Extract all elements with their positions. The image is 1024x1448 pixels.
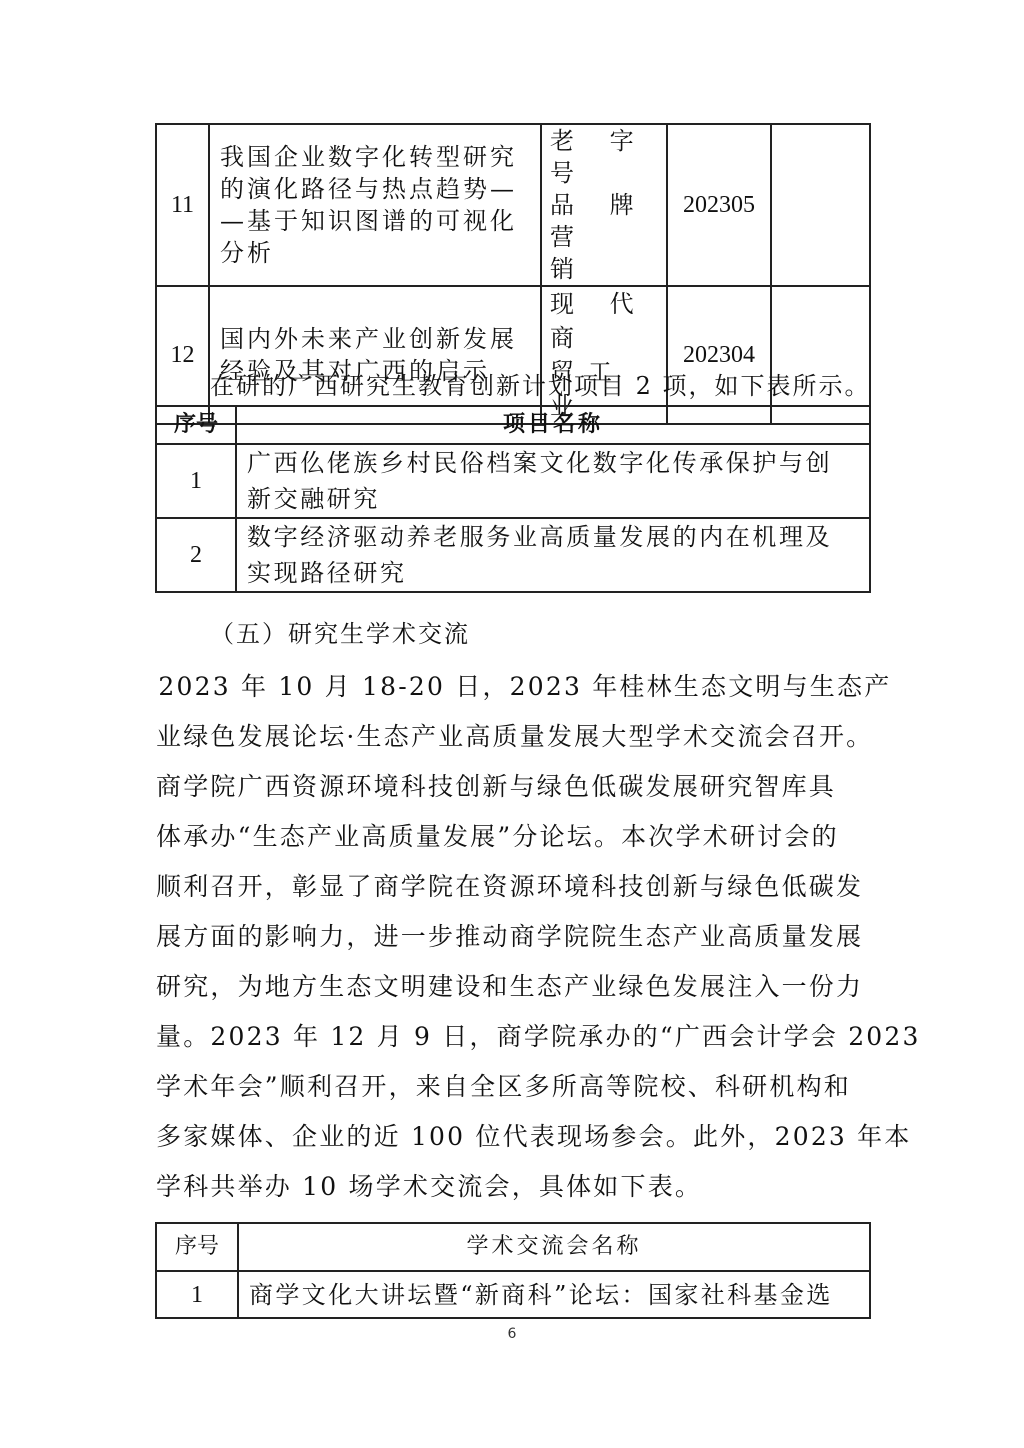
paragraph-line: 学术年会”顺利召开，来自全区多所高等院校、科研机构和 [156,1062,870,1112]
project-note [771,124,870,286]
body-paragraph: 2023 年 10 月 18-20 日，2023 年桂林生态文明与生态产 业绿色… [156,662,870,1212]
table-row: 11 我国企业数字化转型研究 的演化路径与热点趋势— —基于知识图谱的可视化 分… [156,124,870,286]
table-row: 1 广西仫佬族乡村民俗档案文化数字化传承保护与创 新交融研究 [156,444,870,518]
page-number: 6 [0,1326,1024,1342]
project-date: 202304 [667,286,771,424]
paragraph-line: 2023 年 10 月 18-20 日，2023 年桂林生态文明与生态产 [104,662,870,712]
project-name: 广西仫佬族乡村民俗档案文化数字化传承保护与创 新交融研究 [236,444,870,518]
row-number: 11 [156,124,209,286]
project-category: 老 字 号 品 牌 营 销 [541,124,667,286]
category-line: 品 牌 营 [550,189,658,253]
section-heading: （五）研究生学术交流 [210,614,470,649]
academic-exchange-table: 序号 学术交流会名称 1 商学文化大讲坛暨“新商科”论坛：国家社科基金选 [155,1222,871,1319]
project-name: 数字经济驱动养老服务业高质量发展的内在机理及 实现路径研究 [236,518,870,592]
header-no: 序号 [156,406,236,444]
paragraph-line: 研究，为地方生态文明建设和生态产业绿色发展注入一份力 [156,962,870,1012]
paragraph-line: 展方面的影响力，进一步推动商学院院生态产业高质量发展 [156,912,870,962]
header-exchange-name: 学术交流会名称 [238,1223,870,1271]
category-line: 现 代 商 [550,287,658,355]
title-line: 分析 [220,237,532,269]
row-number: 12 [156,286,209,424]
project-category: 现 代 商 贸工业 [541,286,667,424]
category-line: 老 字 号 [550,125,658,189]
project-note [771,286,870,424]
paragraph-line: 商学院广西资源环境科技创新与绿色低碳发展研究智库具 [156,762,870,812]
paragraph-line: 学科共举办 10 场学术交流会，具体如下表。 [156,1162,870,1212]
table-header-row: 序号 项目名称 [156,406,870,444]
paragraph-line: 业绿色发展论坛·生态产业高质量发展大型学术交流会召开。 [156,712,870,762]
project-title: 国内外未来产业创新发展 经验及其对广西的启示 [209,286,541,424]
header-no: 序号 [156,1223,238,1271]
table-row: 1 商学文化大讲坛暨“新商科”论坛：国家社科基金选 [156,1271,870,1318]
table-row: 12 国内外未来产业创新发展 经验及其对广西的启示 现 代 商 贸工业 2023… [156,286,870,424]
title-line: 我国企业数字化转型研究 [220,141,532,173]
innovation-projects-table: 序号 项目名称 1 广西仫佬族乡村民俗档案文化数字化传承保护与创 新交融研究 2… [155,405,871,593]
row-number: 1 [156,444,236,518]
title-line: 国内外未来产业创新发展 [220,323,532,355]
project-date: 202305 [667,124,771,286]
row-number: 1 [156,1271,238,1318]
paragraph-line: 体承办“生态产业高质量发展”分论坛。本次学术研讨会的 [156,812,870,862]
name-line: 广西仫佬族乡村民俗档案文化数字化传承保护与创 [247,445,861,481]
name-line: 实现路径研究 [247,555,861,591]
paragraph-line: 顺利召开，彰显了商学院在资源环境科技创新与绿色低碳发 [156,862,870,912]
project-title: 我国企业数字化转型研究 的演化路径与热点趋势— —基于知识图谱的可视化 分析 [209,124,541,286]
name-line: 新交融研究 [247,481,861,517]
title-line: 的演化路径与热点趋势— [220,173,532,205]
table-header-row: 序号 学术交流会名称 [156,1223,870,1271]
paragraph-line: 量。2023 年 12 月 9 日，商学院承办的“广西会计学会 2023 [156,1012,870,1062]
row-number: 2 [156,518,236,592]
title-line: —基于知识图谱的可视化 [220,205,532,237]
table-row: 2 数字经济驱动养老服务业高质量发展的内在机理及 实现路径研究 [156,518,870,592]
innovation-intro-text: 在研的广西研究生教育创新计划项目 2 项，如下表所示。 [210,366,871,401]
exchange-name: 商学文化大讲坛暨“新商科”论坛：国家社科基金选 [238,1271,870,1318]
header-project-name: 项目名称 [236,406,870,444]
category-line: 销 [550,253,658,285]
paragraph-line: 多家媒体、企业的近 100 位代表现场参会。此外，2023 年本 [156,1112,870,1162]
name-line: 数字经济驱动养老服务业高质量发展的内在机理及 [247,519,861,555]
